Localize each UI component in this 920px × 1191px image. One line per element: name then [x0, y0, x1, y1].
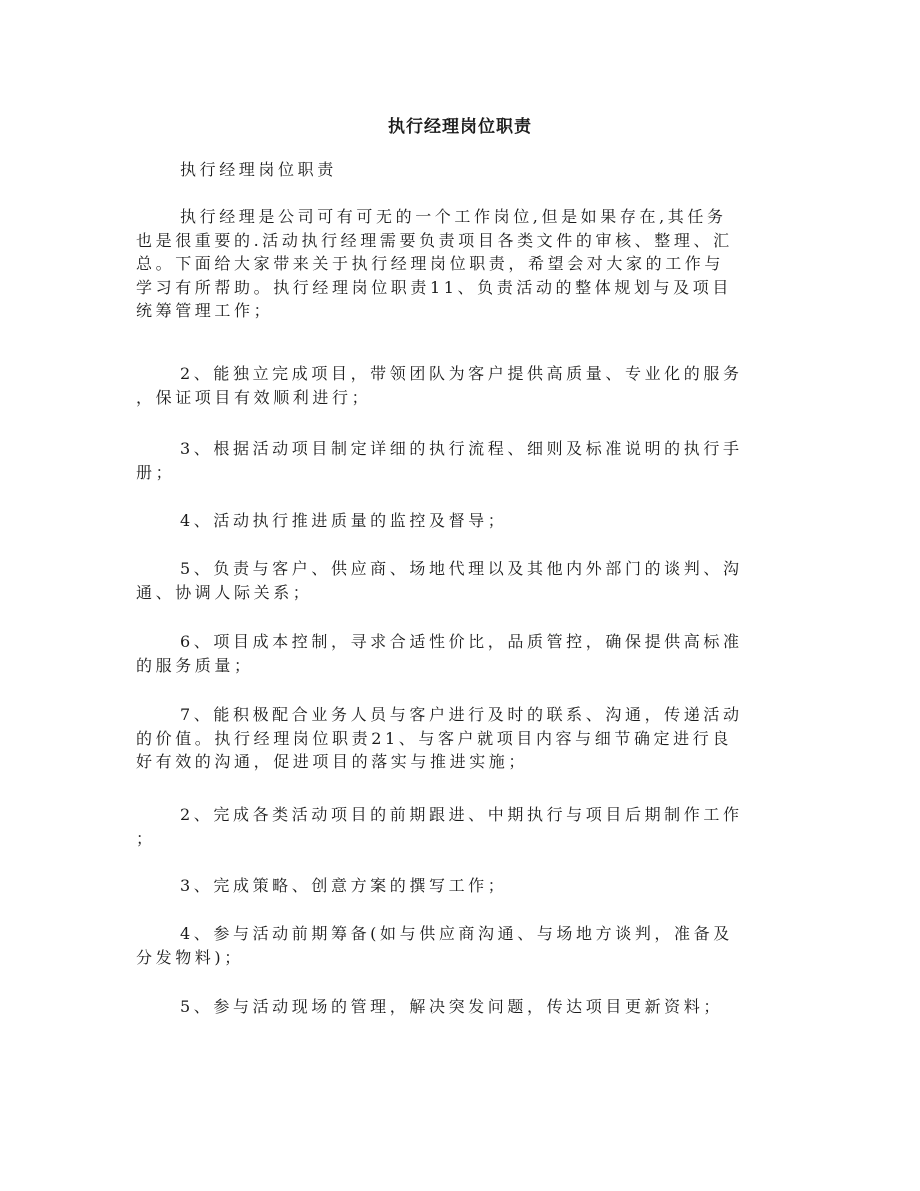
text-line: 执行经理岗位职责 [136, 158, 796, 182]
text-line: 5、参与活动现场的管理，解决突发问题，传达项目更新资料； [136, 995, 796, 1019]
body-paragraph: 4、参与活动前期筹备(如与供应商沟通、与场地方谈判，准备及分发物料)； [136, 922, 796, 969]
text-line: 7、能积极配合业务人员与客户进行及时的联系、沟通，传递活动 [136, 703, 796, 727]
body-paragraph: 6、项目成本控制，寻求合适性价比，品质管控，确保提供高标准的服务质量； [136, 630, 796, 677]
text-line: 通、协调人际关系； [136, 581, 796, 605]
body-paragraph: 5、负责与客户、供应商、场地代理以及其他内外部门的谈判、沟通、协调人际关系； [136, 557, 796, 604]
body-paragraph: 执行经理是公司可有可无的一个工作岗位,但是如果存在,其任务也是很重要的.活动执行… [136, 205, 796, 323]
body-paragraph: 2、能独立完成项目，带领团队为客户提供高质量、专业化的服务，保证项目有效顺利进行… [136, 362, 796, 409]
text-line: 册； [136, 461, 796, 485]
text-line: 6、项目成本控制，寻求合适性价比，品质管控，确保提供高标准 [136, 630, 796, 654]
body-paragraph: 4、活动执行推进质量的监控及督导； [136, 509, 796, 533]
text-line: 学习有所帮助。执行经理岗位职责11、负责活动的整体规划与及项目 [136, 276, 796, 300]
text-line: 2、完成各类活动项目的前期跟进、中期执行与项目后期制作工作 [136, 803, 796, 827]
body-paragraph: 3、完成策略、创意方案的撰写工作； [136, 874, 796, 898]
body-paragraph: 2、完成各类活动项目的前期跟进、中期执行与项目后期制作工作； [136, 803, 796, 850]
body-paragraph: 7、能积极配合业务人员与客户进行及时的联系、沟通，传递活动的价值。执行经理岗位职… [136, 703, 796, 774]
text-line: 分发物料)； [136, 946, 796, 970]
document-page: 执行经理岗位职责 执行经理岗位职责执行经理是公司可有可无的一个工作岗位,但是如果… [0, 0, 920, 1191]
document-title: 执行经理岗位职责 [0, 112, 920, 137]
text-line: 2、能独立完成项目，带领团队为客户提供高质量、专业化的服务 [136, 362, 796, 386]
text-line: 的服务质量； [136, 654, 796, 678]
body-paragraph: 5、参与活动现场的管理，解决突发问题，传达项目更新资料； [136, 995, 796, 1019]
text-line: 的价值。执行经理岗位职责21、与客户就项目内容与细节确定进行良 [136, 727, 796, 751]
text-line: 4、参与活动前期筹备(如与供应商沟通、与场地方谈判，准备及 [136, 922, 796, 946]
text-line: 好有效的沟通，促进项目的落实与推进实施； [136, 750, 796, 774]
text-line: 3、根据活动项目制定详细的执行流程、细则及标准说明的执行手 [136, 437, 796, 461]
text-line: 总。下面给大家带来关于执行经理岗位职责，希望会对大家的工作与 [136, 252, 796, 276]
text-line: 4、活动执行推进质量的监控及督导； [136, 509, 796, 533]
text-line: 3、完成策略、创意方案的撰写工作； [136, 874, 796, 898]
text-line: ； [136, 827, 796, 851]
body-paragraph: 3、根据活动项目制定详细的执行流程、细则及标准说明的执行手册； [136, 437, 796, 484]
text-line: 执行经理是公司可有可无的一个工作岗位,但是如果存在,其任务 [136, 205, 796, 229]
text-line: ，保证项目有效顺利进行； [136, 386, 796, 410]
text-line: 5、负责与客户、供应商、场地代理以及其他内外部门的谈判、沟 [136, 557, 796, 581]
text-line: 统筹管理工作； [136, 299, 796, 323]
subtitle-paragraph: 执行经理岗位职责 [136, 158, 796, 182]
text-line: 也是很重要的.活动执行经理需要负责项目各类文件的审核、整理、汇 [136, 229, 796, 253]
